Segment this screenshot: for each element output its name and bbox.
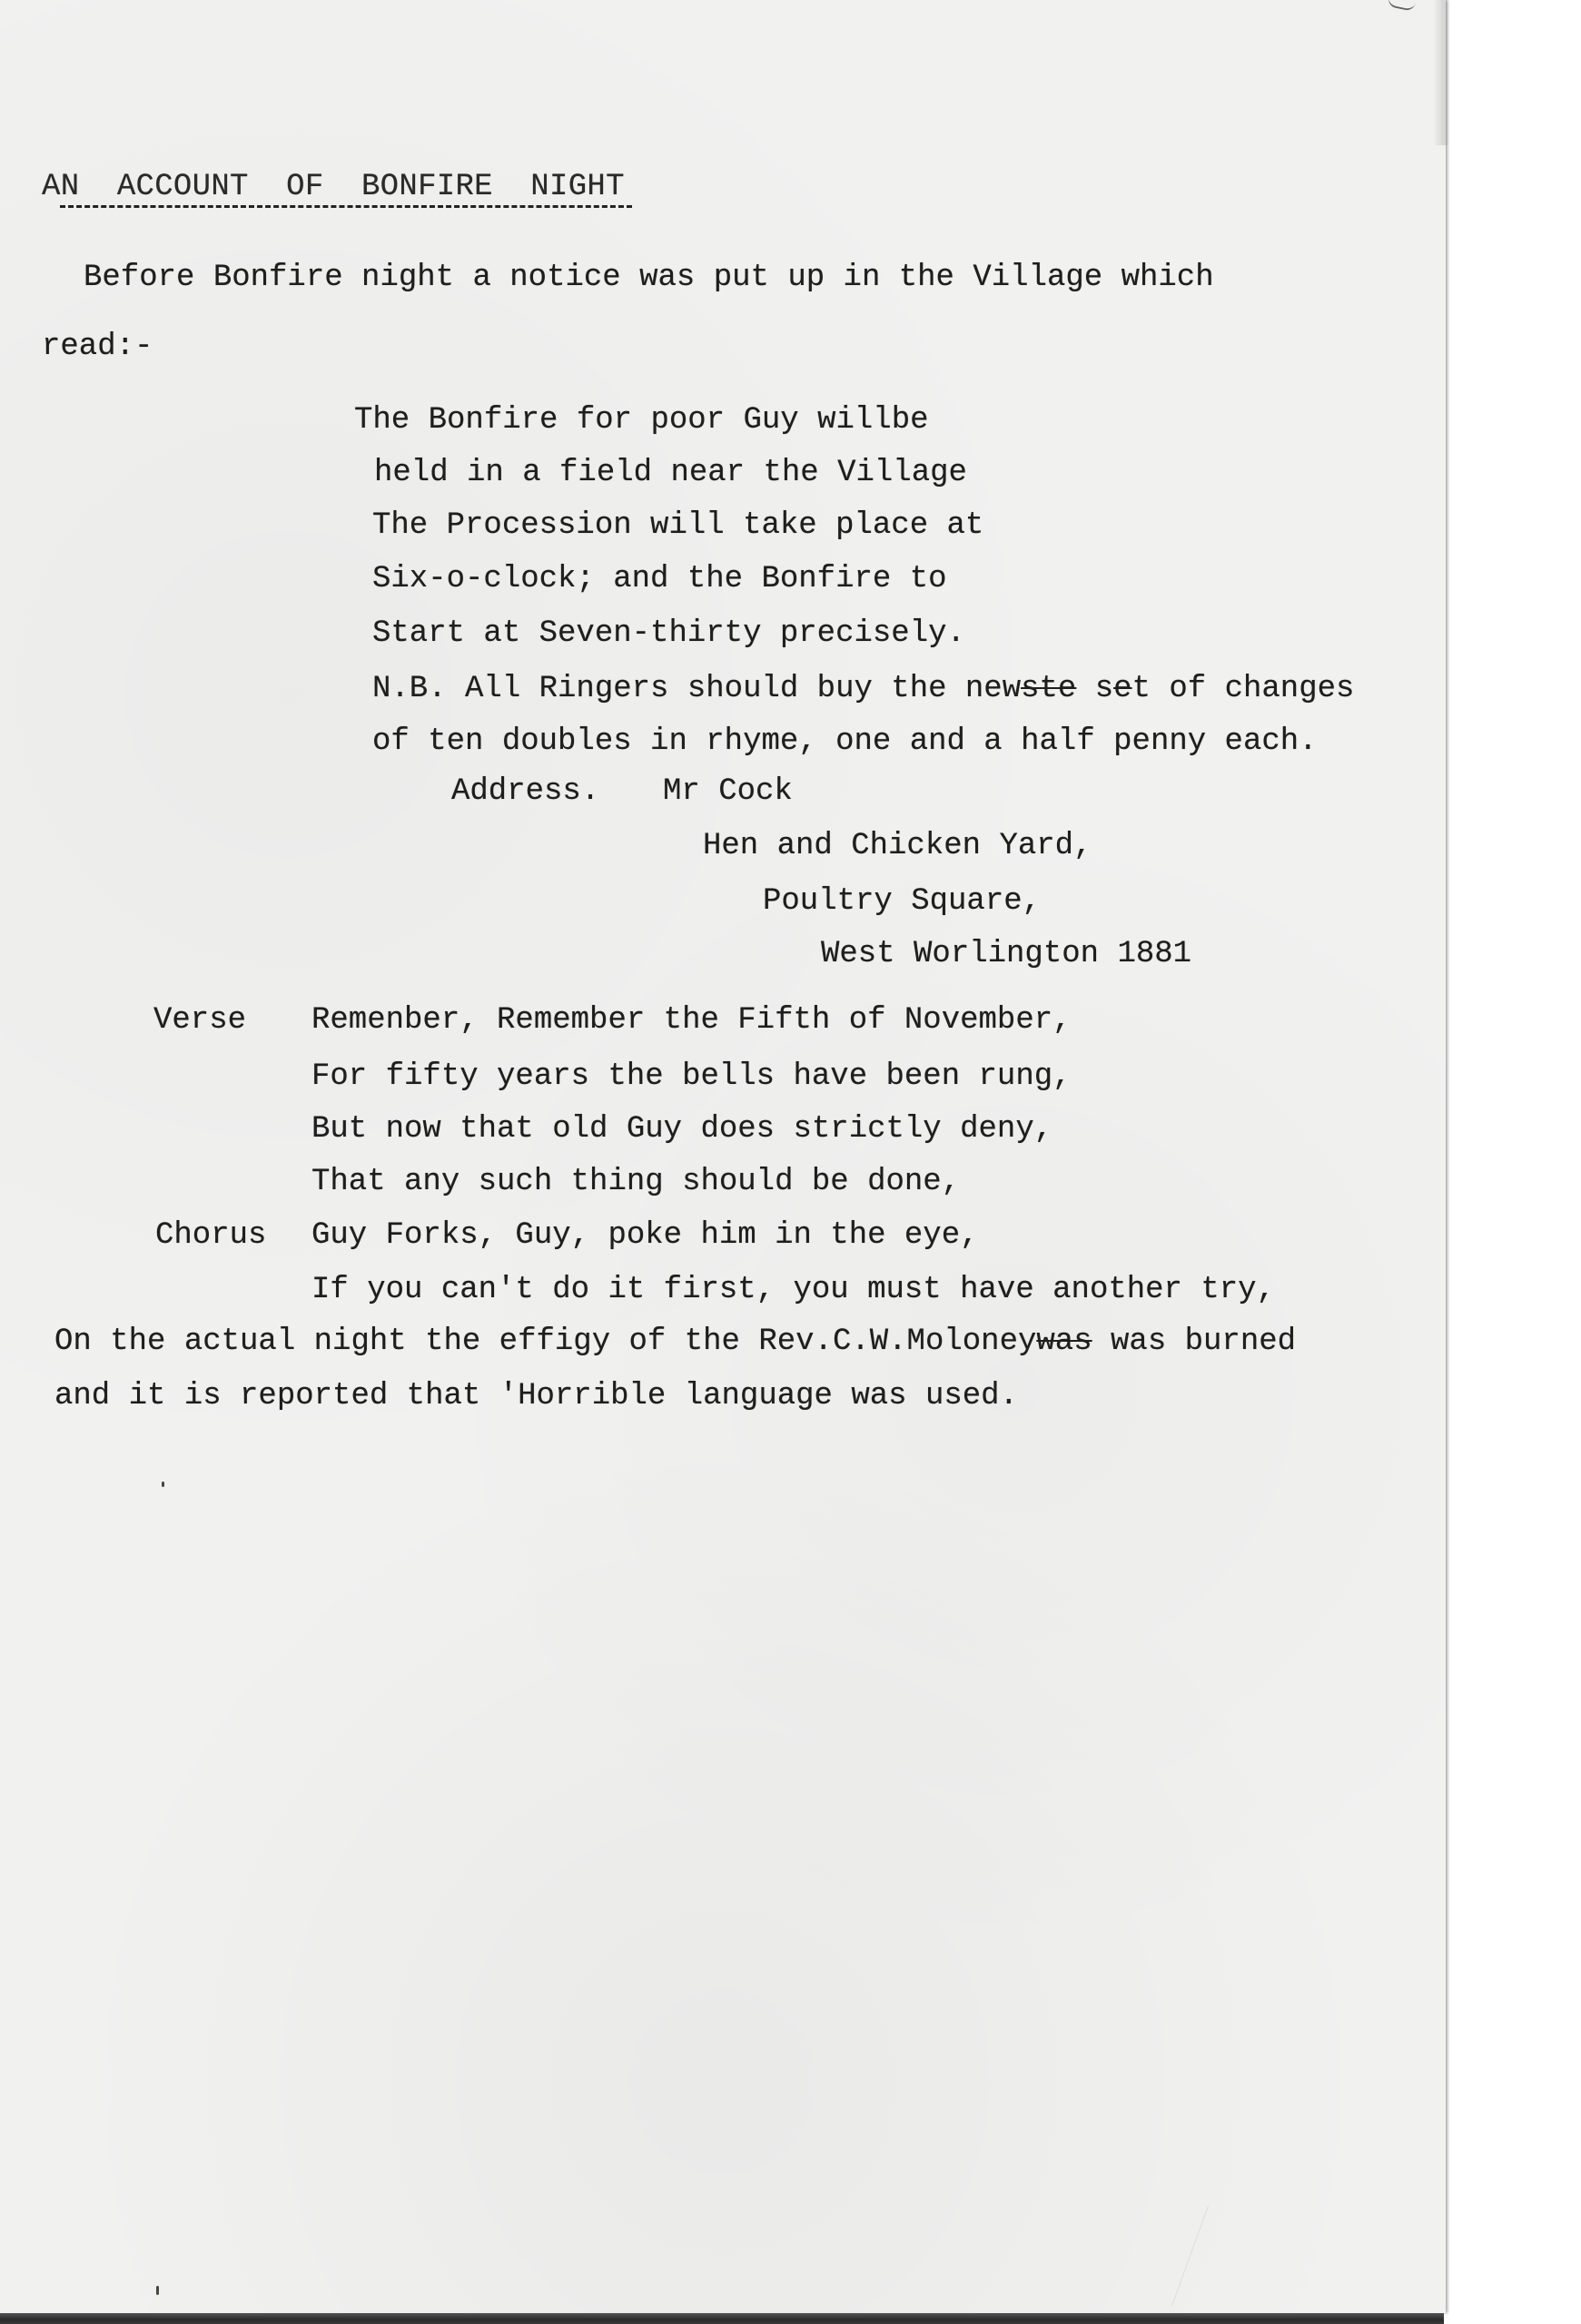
chorus-label: Chorus <box>155 1217 266 1254</box>
address-line-1: Mr Cock <box>663 773 793 810</box>
notice-line-2: held in a field near the Village <box>374 455 967 491</box>
intro-line-1: Before Bonfire night a notice was put up… <box>84 260 1214 296</box>
chorus-line-1: Guy Forks, Guy, poke him in the eye, <box>311 1217 979 1254</box>
document-title: AN ACCOUNT OF BONFIRE NIGHT <box>42 169 625 205</box>
nb-struck-text: ste <box>1021 672 1076 706</box>
address-line-3: Poultry Square, <box>763 883 1041 920</box>
ink-speck <box>162 1482 164 1487</box>
paper-sheet <box>0 0 1446 2313</box>
notice-nb-line-2: of ten doubles in rhyme, one and a half … <box>372 724 1318 760</box>
ink-speck <box>156 2286 159 2295</box>
closing-struck-text: was <box>1036 1324 1092 1359</box>
scan-bottom-band <box>0 2313 1444 2324</box>
paper-edge-shadow <box>1433 0 1449 145</box>
address-line-4: West Worlington 1881 <box>821 936 1191 972</box>
closing-line-1: On the actual night the effigy of the Re… <box>54 1324 1296 1360</box>
intro-line-2: read:- <box>42 329 153 365</box>
address-label: Address. <box>451 773 599 810</box>
nb-text-before: N.B. All Ringers should buy the new <box>372 672 1021 706</box>
notice-line-5: Start at Seven-thirty precisely. <box>372 615 965 652</box>
address-line-2: Hen and Chicken Yard, <box>703 828 1092 864</box>
nb-overtyped-char: e <box>1113 672 1131 706</box>
verse-label: Verse <box>153 1002 246 1039</box>
notice-line-3: The Procession will take place at <box>372 507 983 544</box>
closing-text-before: On the actual night the effigy of the Re… <box>54 1324 1036 1359</box>
nb-text-mid: s <box>1076 672 1113 706</box>
notice-nb-line: N.B. All Ringers should buy the newste s… <box>372 671 1354 707</box>
verse-line-3: But now that old Guy does strictly deny, <box>311 1111 1052 1147</box>
verse-line-1: Remenber, Remember the Fifth of November… <box>311 1002 1072 1039</box>
closing-text-after: was burned <box>1092 1324 1296 1359</box>
verse-line-4: That any such thing should be done, <box>311 1164 960 1200</box>
title-underline <box>60 205 632 208</box>
chorus-line-2: If you can't do it first, you must have … <box>311 1272 1275 1308</box>
verse-line-2: For fifty years the bells have been rung… <box>311 1059 1072 1095</box>
notice-line-4: Six-o-clock; and the Bonfire to <box>372 561 947 597</box>
nb-text-after: t of changes <box>1132 672 1355 706</box>
notice-line-1: The Bonfire for poor Guy willbe <box>354 402 929 438</box>
closing-line-2: and it is reported that 'Horrible langua… <box>54 1378 1018 1414</box>
